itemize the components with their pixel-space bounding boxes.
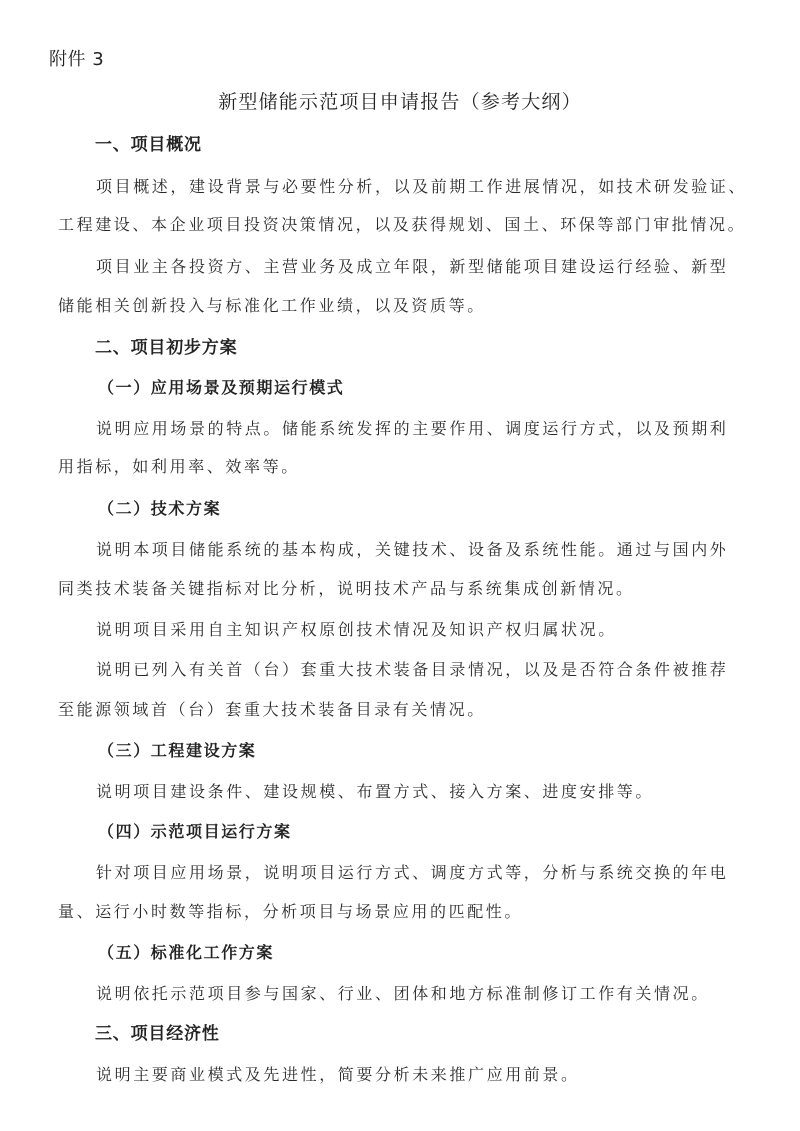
subsection-heading-standardization: （五）标准化工作方案 xyxy=(98,941,274,965)
section-heading-economics: 三、项目经济性 xyxy=(95,1022,220,1046)
paragraph-line: 说明已列入有关首（台）套重大技术装备目录情况，以及是否符合条件被推荐 xyxy=(96,658,728,682)
section-heading-overview: 一、项目概况 xyxy=(95,133,202,157)
paragraph-line: 同类技术装备关键指标对比分析，说明技术产品与系统集成创新情况。 xyxy=(58,577,635,601)
paragraph-line: 至能源领域首（台）套重大技术装备目录有关情况。 xyxy=(58,698,486,722)
paragraph-line: 用指标，如利用率、效率等。 xyxy=(58,455,300,479)
paragraph-line: 针对项目应用场景，说明项目运行方式、调度方式等，分析与系统交换的年电 xyxy=(96,861,728,885)
paragraph-line: 说明主要商业模式及先进性，简要分析未来推广应用前景。 xyxy=(96,1063,580,1087)
subsection-heading-construction: （三）工程建设方案 xyxy=(98,739,256,763)
document-title: 新型储能示范项目申请报告（参考大纲） xyxy=(0,90,800,114)
paragraph-line: 储能相关创新投入与标准化工作业绩，以及资质等。 xyxy=(58,294,486,318)
subsection-heading-operation: （四）示范项目运行方案 xyxy=(98,820,292,844)
paragraph-line: 项目业主各投资方、主营业务及成立年限，新型储能项目建设运行经验、新型 xyxy=(96,255,728,279)
paragraph-line: 量、运行小时数等指标，分析项目与场景应用的匹配性。 xyxy=(58,900,523,924)
paragraph-line: 说明依托示范项目参与国家、行业、团体和地方标准制修订工作有关情况。 xyxy=(96,982,710,1006)
paragraph-line: 说明应用场景的特点。储能系统发挥的主要作用、调度运行方式，以及预期利 xyxy=(96,417,728,441)
attachment-label: 附件 3 xyxy=(49,48,104,72)
paragraph-line: 工程建设、本企业项目投资决策情况，以及获得规划、国土、环保等部门审批情况。 xyxy=(58,213,746,237)
section-heading-plan: 二、项目初步方案 xyxy=(95,336,237,360)
paragraph-line: 说明项目建设条件、建设规模、布置方式、接入方案、进度安排等。 xyxy=(96,780,654,804)
paragraph-line: 说明项目采用自主知识产权原创技术情况及知识产权归属状况。 xyxy=(96,618,617,642)
subsection-heading-scenario: （一）应用场景及预期运行模式 xyxy=(98,376,344,400)
paragraph-line: 说明本项目储能系统的基本构成，关键技术、设备及系统性能。通过与国内外 xyxy=(96,538,728,562)
subsection-heading-technical: （二）技术方案 xyxy=(98,497,221,521)
paragraph-line: 项目概述，建设背景与必要性分析，以及前期工作进展情况，如技术研发验证、 xyxy=(96,175,747,199)
